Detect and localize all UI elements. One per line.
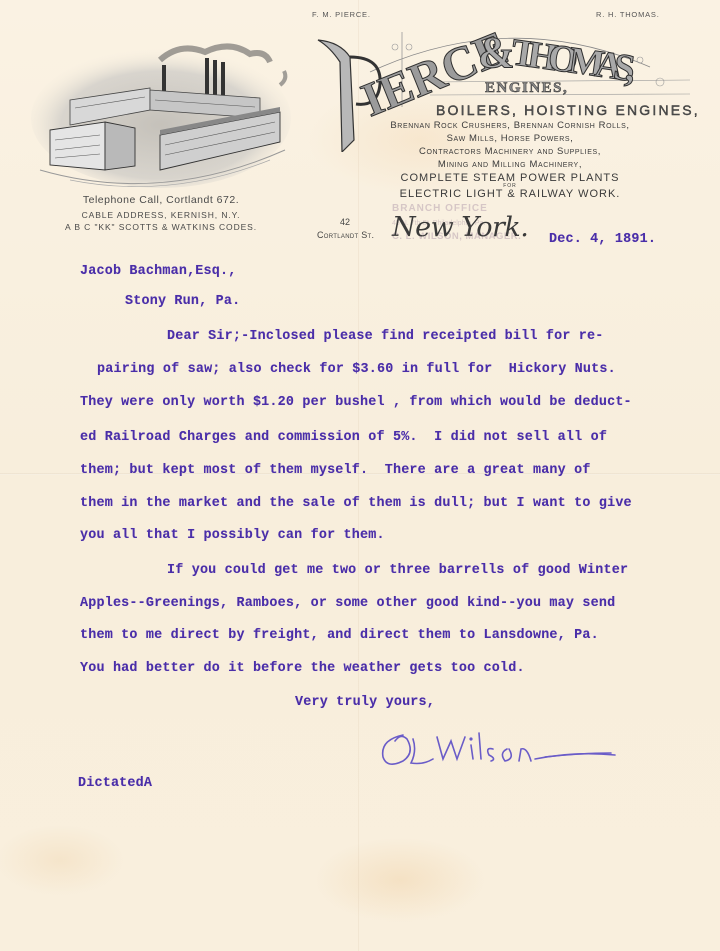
- body-line: Dear Sir;-Inclosed please find receipted…: [167, 329, 604, 344]
- product-line-4: Mining and Milling Machinery,: [340, 159, 680, 170]
- product-line-3: Contractors Machinery and Supplies,: [340, 146, 680, 157]
- dictation-note: DictatedA: [78, 776, 152, 791]
- body-line: Apples--Greenings, Ramboes, or some othe…: [80, 596, 615, 611]
- recipient-location: Stony Run, Pa.: [125, 294, 240, 309]
- body-line: them to me direct by freight, and direct…: [80, 628, 599, 643]
- telegraph-codes: A B C "KK" SCOTTS & WATKINS CODES.: [30, 222, 292, 232]
- recipient-name: Jacob Bachman,Esq.,: [80, 264, 236, 279]
- body-line: pairing of saw; also check for $3.60 in …: [97, 362, 616, 377]
- body-line: you all that I possibly can for them.: [80, 528, 385, 543]
- svg-text:BOILERS, HOISTING ENGINES,: BOILERS, HOISTING ENGINES,: [436, 102, 698, 118]
- factory-engraving-icon: [30, 30, 292, 190]
- street-name: Cortlandt St.: [317, 230, 374, 240]
- body-line: If you could get me two or three barrell…: [167, 563, 628, 578]
- body-line: They were only worth $1.20 per bushel , …: [80, 395, 632, 410]
- product-line-1: Brennan Rock Crushers, Brennan Cornish R…: [340, 120, 680, 131]
- company-logo: IERCE & THOMAS, ENGINES, BOILERS, HOISTI…: [310, 12, 710, 152]
- telephone-info: Telephone Call, Cortlandt 672.: [30, 194, 292, 206]
- product-line-2: Saw Mills, Horse Powers,: [340, 133, 680, 144]
- svg-text:ENGINES,: ENGINES,: [485, 80, 568, 96]
- body-line: You had better do it before the weather …: [80, 661, 525, 676]
- specialty-line-2: ELECTRIC LIGHT & RAILWAY WORK.: [340, 188, 680, 200]
- closing: Very truly yours,: [295, 695, 435, 710]
- body-line: them; but kept most of them myself. Ther…: [80, 463, 591, 478]
- signature-icon: [375, 725, 620, 775]
- body-line: ed Railroad Charges and commission of 5%…: [80, 430, 607, 445]
- city-script: New York.: [392, 212, 528, 243]
- body-line: them in the market and the sale of them …: [80, 496, 632, 511]
- letter-date: Dec. 4, 1891.: [549, 232, 656, 247]
- street-number: 42: [340, 217, 350, 227]
- cable-address: CABLE ADDRESS, KERNISH, N.Y.: [30, 210, 292, 220]
